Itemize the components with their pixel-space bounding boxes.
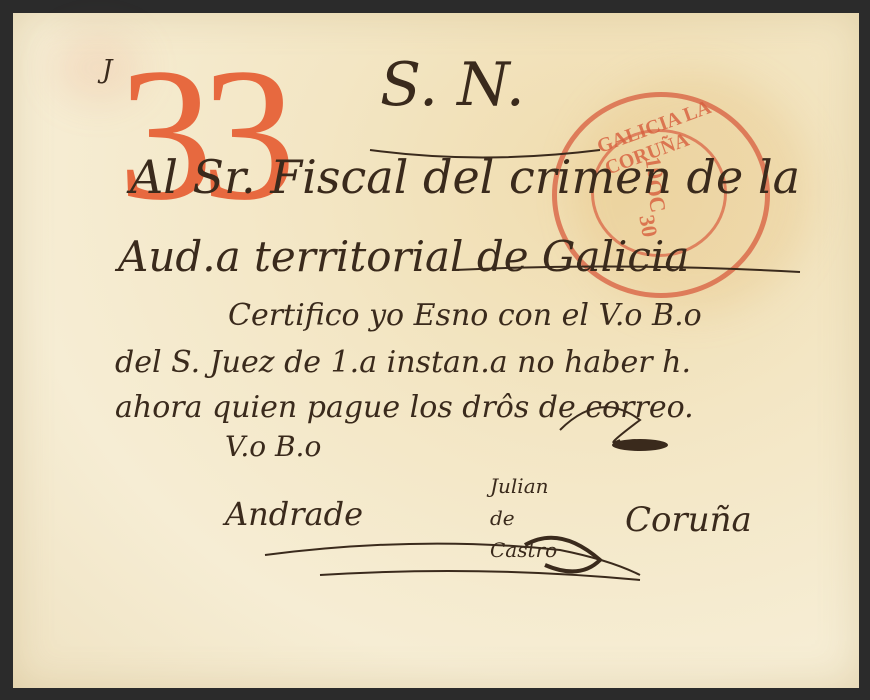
flourish-strokes (0, 0, 870, 700)
